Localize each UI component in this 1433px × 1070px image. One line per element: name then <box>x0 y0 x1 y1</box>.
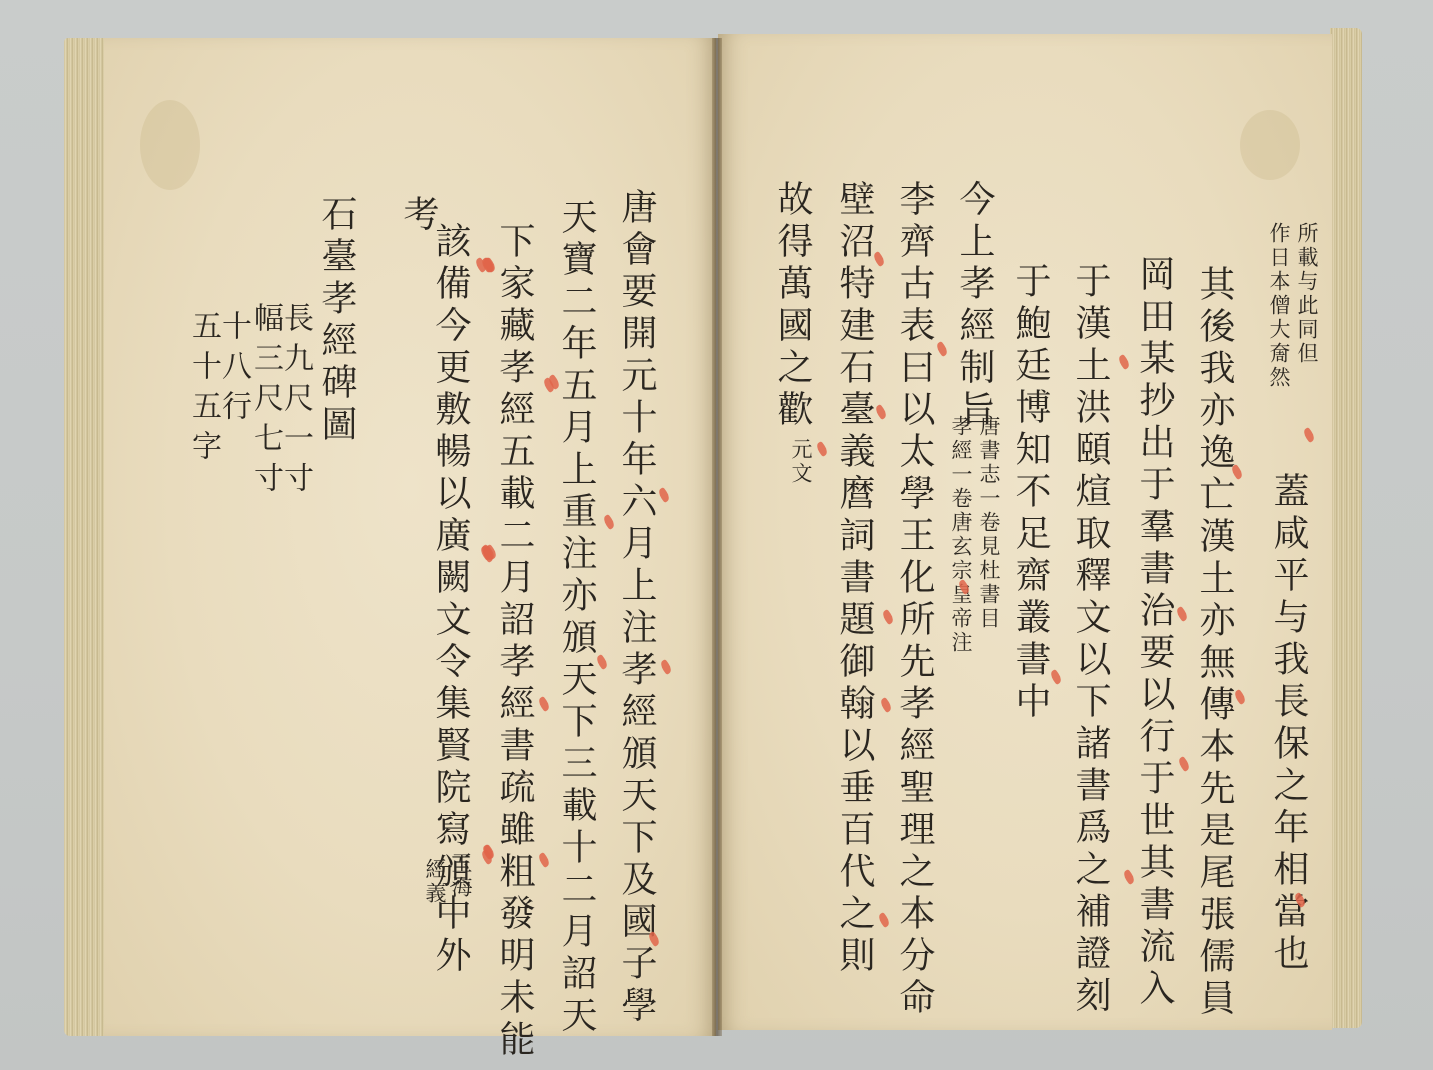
paper-stain <box>140 100 200 190</box>
left-col-4-note-b: 經義 <box>424 858 445 906</box>
right-col-9-note: 元文 <box>790 438 811 486</box>
left-col-6-title: 石臺孝經碑圖 <box>318 195 354 447</box>
right-col-3: 岡田某抄出于羣書治要以行于世其書流入 <box>1136 255 1172 1011</box>
right-col-4: 于漢土洪頤煊取釋文以下諸書爲之補證刻 <box>1072 262 1108 1018</box>
right-col-8: 壁沼特建石臺義麿詞書題御翰以垂百代之則 <box>836 180 872 978</box>
left-col-2: 天寶二年五月上重注亦頒天下三載十二月詔天 <box>558 198 594 1038</box>
left-page-edges <box>64 38 106 1036</box>
right-col-6: 今上孝經制旨 <box>956 180 992 432</box>
right-col-9: 故得萬國之歡 <box>774 180 810 432</box>
left-col-3: 下家藏孝經五載二月詔孝經書疏雖粗發明未能 <box>496 222 532 1062</box>
left-col-7: 長九尺一寸 <box>280 302 310 502</box>
right-col-1-note-a: 所載与此同但 <box>1296 222 1317 366</box>
right-col-2: 其後我亦逸亡漢土亦無傳本先是尾張儒員 <box>1196 265 1232 1021</box>
right-col-6-note-a: 唐書志一卷見杜書目 <box>978 415 999 631</box>
open-book: 所載与此同但 作日本僧大奝然 蓋咸平与我長保之年相當也 其後我亦逸亡漢土亦無傳本… <box>0 0 1433 1070</box>
left-col-5: 考 <box>400 195 436 237</box>
book-gutter <box>712 38 722 1036</box>
left-col-1: 唐會要開元十年六月上注孝經頒天下及國子學 <box>618 188 654 1028</box>
left-col-4-note-a: 玉海 <box>450 852 471 900</box>
right-col-7: 李齊古表曰以太學王化所先孝經聖理之本分命 <box>896 180 932 1020</box>
right-col-6-note-b: 孝經一卷唐玄宗皇帝注 <box>950 415 971 655</box>
right-col-1-note-b: 作日本僧大奝然 <box>1268 222 1289 390</box>
right-col-5: 于鮑廷博知不足齋叢書中 <box>1012 262 1048 724</box>
left-col-9: 十八行 <box>218 310 248 430</box>
paper-stain <box>1240 110 1300 180</box>
left-col-8: 幅三尺七寸 <box>250 302 280 502</box>
right-page-edges <box>1330 28 1362 1028</box>
left-col-10: 五十五字 <box>188 310 218 470</box>
